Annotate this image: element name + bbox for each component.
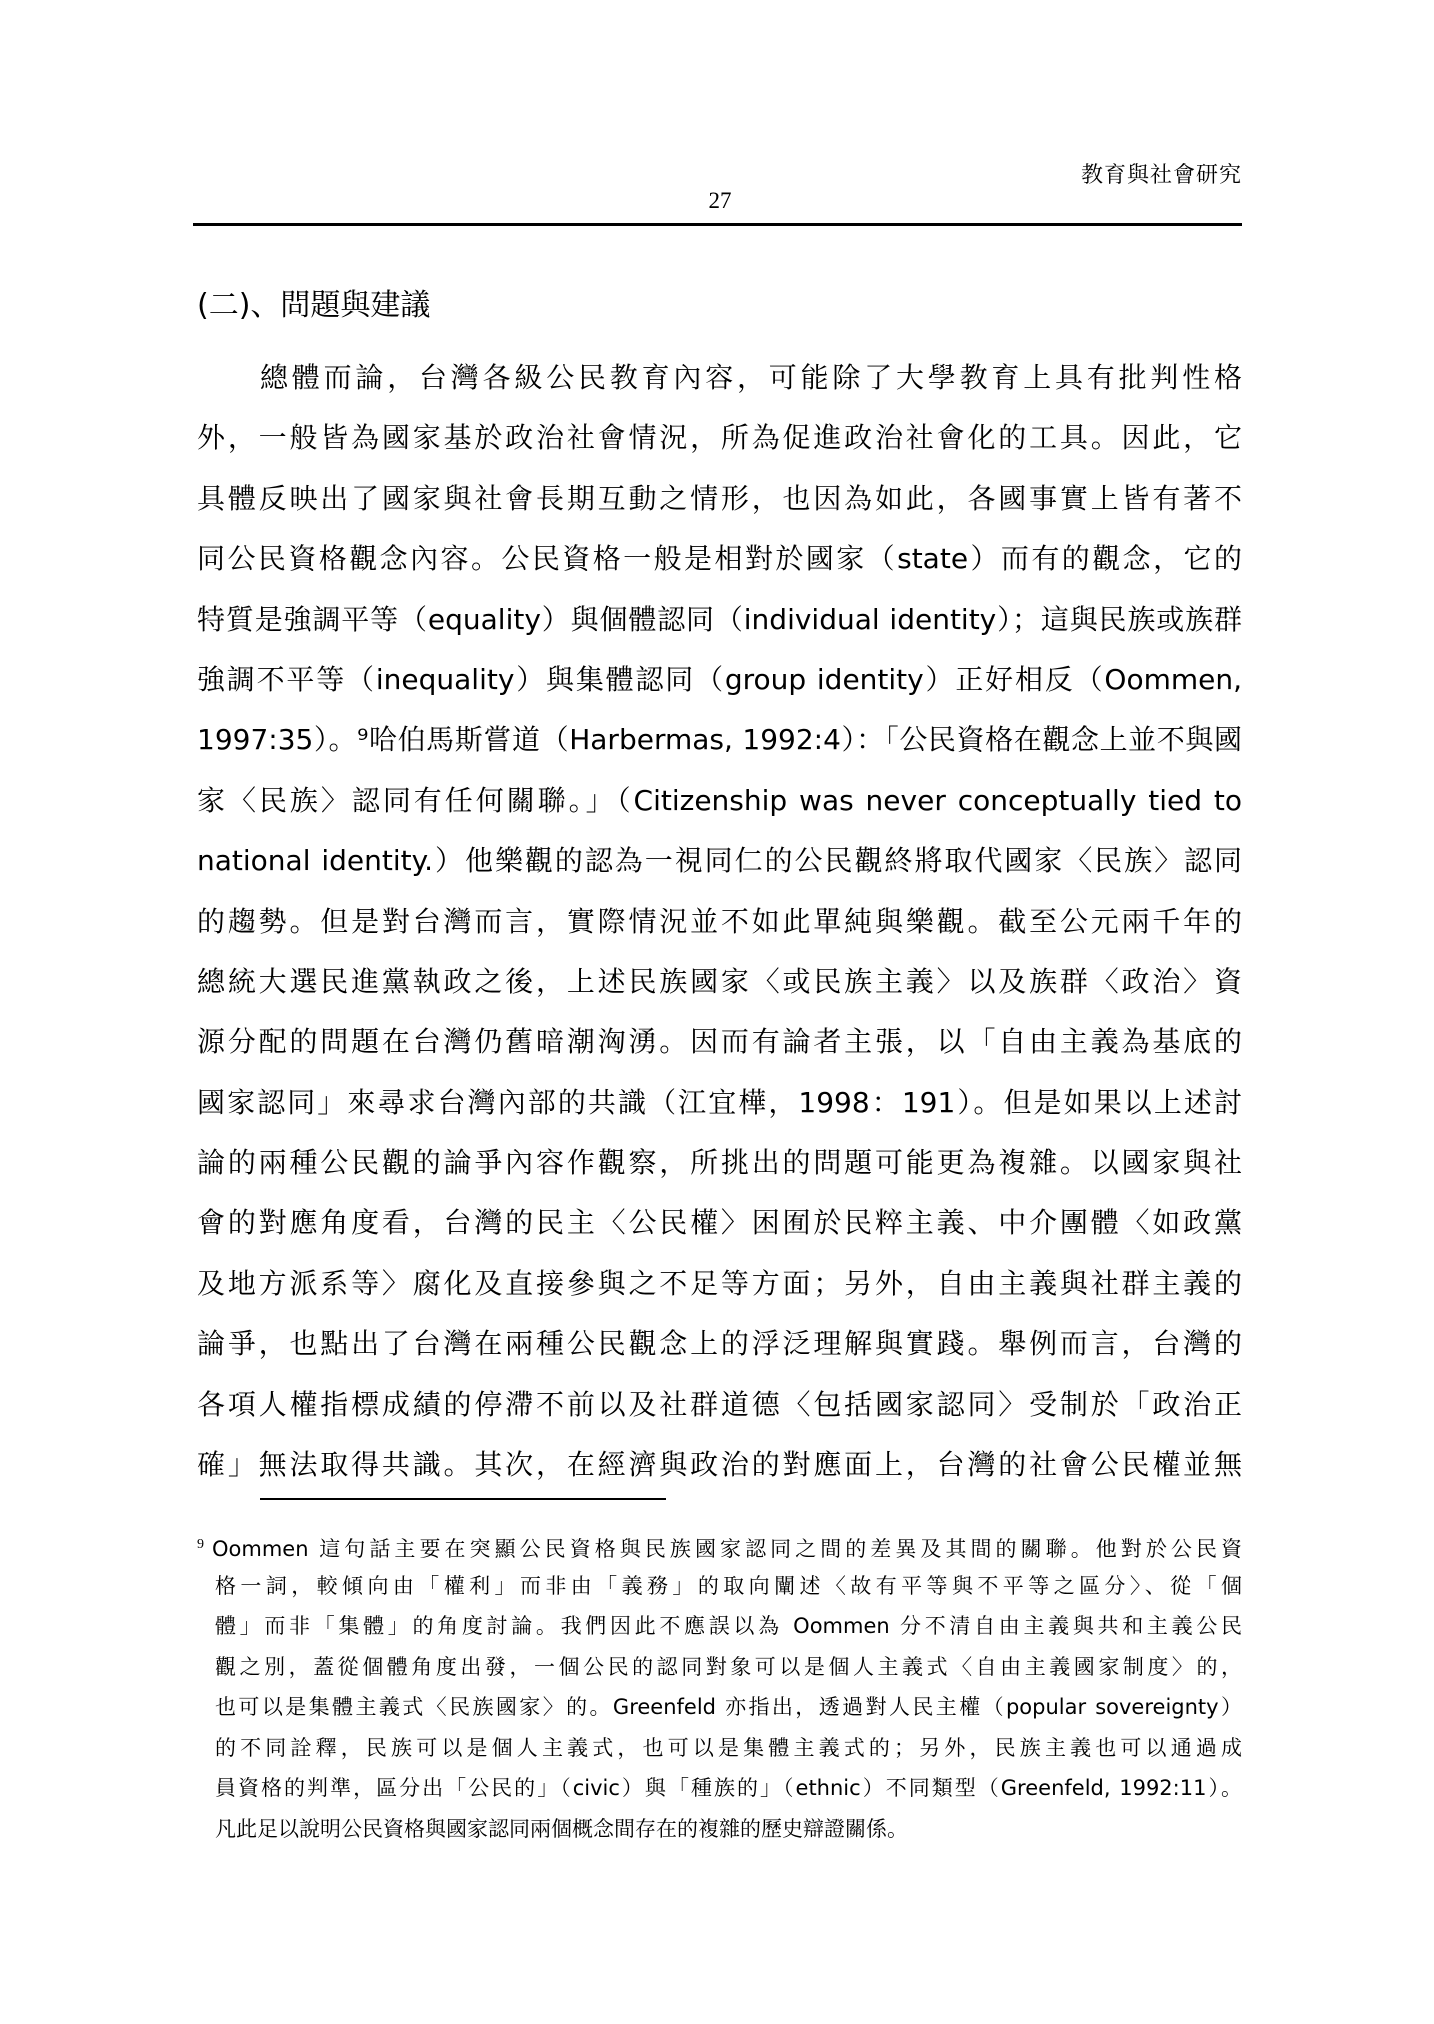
header-rule	[193, 223, 1242, 226]
footnote-line: 格一詞，較傾向由「權利」而非由「義務」的取向闡述〈故有平等與不平等之區分〉、從「…	[197, 1569, 1242, 1610]
footnote-line: 9Oommen 這句話主要在突顯公民資格與民族國家認同之間的差異及其間的關聯。他…	[197, 1528, 1242, 1569]
page-number: 27	[680, 188, 760, 214]
body-line: 確」無法取得共識。其次，在經濟與政治的對應面上，台灣的社會公民權並無	[197, 1443, 1242, 1503]
footnote-line: 的不同詮釋，民族可以是個人主義式，也可以是集體主義式的；另外，民族主義也可以通過…	[197, 1731, 1242, 1772]
body-line: 國家認同」來尋求台灣內部的共識（江宜樺，1998：191）。但是如果以上述討	[197, 1081, 1242, 1141]
body-line: 及地方派系等〉腐化及直接參與之不足等方面；另外，自由主義與社群主義的	[197, 1262, 1242, 1322]
footnote-line: 凡此足以說明公民資格與國家認同兩個概念間存在的複雜的歷史辯證關係。	[197, 1812, 1242, 1853]
body-line: 各項人權指標成績的停滯不前以及社群道德〈包括國家認同〉受制於「政治正	[197, 1383, 1242, 1443]
body-line: 會的對應角度看，台灣的民主〈公民權〉困囿於民粹主義、中介團體〈如政黨	[197, 1201, 1242, 1261]
footnote-line: 觀之別，蓋從個體角度出發，一個公民的認同對象可以是個人主義式〈自由主義國家制度〉…	[197, 1650, 1242, 1691]
running-head-journal-title: 教育與社會研究	[1030, 158, 1242, 189]
body-line: 強調不平等（inequality）與集體認同（group identity）正好…	[197, 658, 1242, 718]
footnote-text: Oommen 這句話主要在突顯公民資格與民族國家認同之間的差異及其間的關聯。他對…	[212, 1537, 1242, 1561]
body-line: 源分配的問題在台灣仍舊暗潮洶湧。因而有論者主張，以「自由主義為基底的	[197, 1020, 1242, 1080]
body-line: 同公民資格觀念內容。公民資格一般是相對於國家（state）而有的觀念，它的	[197, 537, 1242, 597]
body-line: 總統大選民進黨執政之後，上述民族國家〈或民族主義〉以及族群〈政治〉資	[197, 960, 1242, 1020]
body-line: 外，一般皆為國家基於政治社會情況，所為促進政治社會化的工具。因此，它	[197, 416, 1242, 476]
body-line: national identity.）他樂觀的認為一視同仁的公民觀終將取代國家〈…	[197, 839, 1242, 899]
body-paragraph: 總體而論，台灣各級公民教育內容，可能除了大學教育上具有批判性格 外，一般皆為國家…	[197, 356, 1242, 1503]
footnote-line: 體」而非「集體」的角度討論。我們因此不應誤以為 Oommen 分不清自由主義與共…	[197, 1609, 1242, 1650]
body-line: 論的兩種公民觀的論爭內容作觀察，所挑出的問題可能更為複雜。以國家與社	[197, 1141, 1242, 1201]
body-line-with-footnote-ref: 1997:35）。⁹哈伯馬斯嘗道（Harbermas, 1992:4）：「公民資…	[197, 718, 1242, 778]
footnote-line: 員資格的判準，區分出「公民的」（civic）與「種族的」（ethnic）不同類型…	[197, 1771, 1242, 1812]
footnote-line: 也可以是集體主義式〈民族國家〉的。Greenfeld 亦指出，透過對人民主權（p…	[197, 1690, 1242, 1731]
body-line: 具體反映出了國家與社會長期互動之情形，也因為如此，各國事實上皆有著不	[197, 477, 1242, 537]
body-line: 特質是強調平等（equality）與個體認同（individual identi…	[197, 598, 1242, 658]
footnote: 9Oommen 這句話主要在突顯公民資格與民族國家認同之間的差異及其間的關聯。他…	[197, 1528, 1242, 1852]
footnote-separator	[260, 1498, 666, 1500]
body-line: 總體而論，台灣各級公民教育內容，可能除了大學教育上具有批判性格	[197, 356, 1242, 416]
section-heading: (二)、問題與建議	[197, 280, 430, 324]
footnote-marker: 9	[197, 1537, 204, 1552]
body-line: 家〈民族〉認同有任何關聯。」（Citizenship was never con…	[197, 779, 1242, 839]
body-line: 論爭，也點出了台灣在兩種公民觀念上的浮泛理解與實踐。舉例而言，台灣的	[197, 1322, 1242, 1382]
body-line: 的趨勢。但是對台灣而言，實際情況並不如此單純與樂觀。截至公元兩千年的	[197, 900, 1242, 960]
